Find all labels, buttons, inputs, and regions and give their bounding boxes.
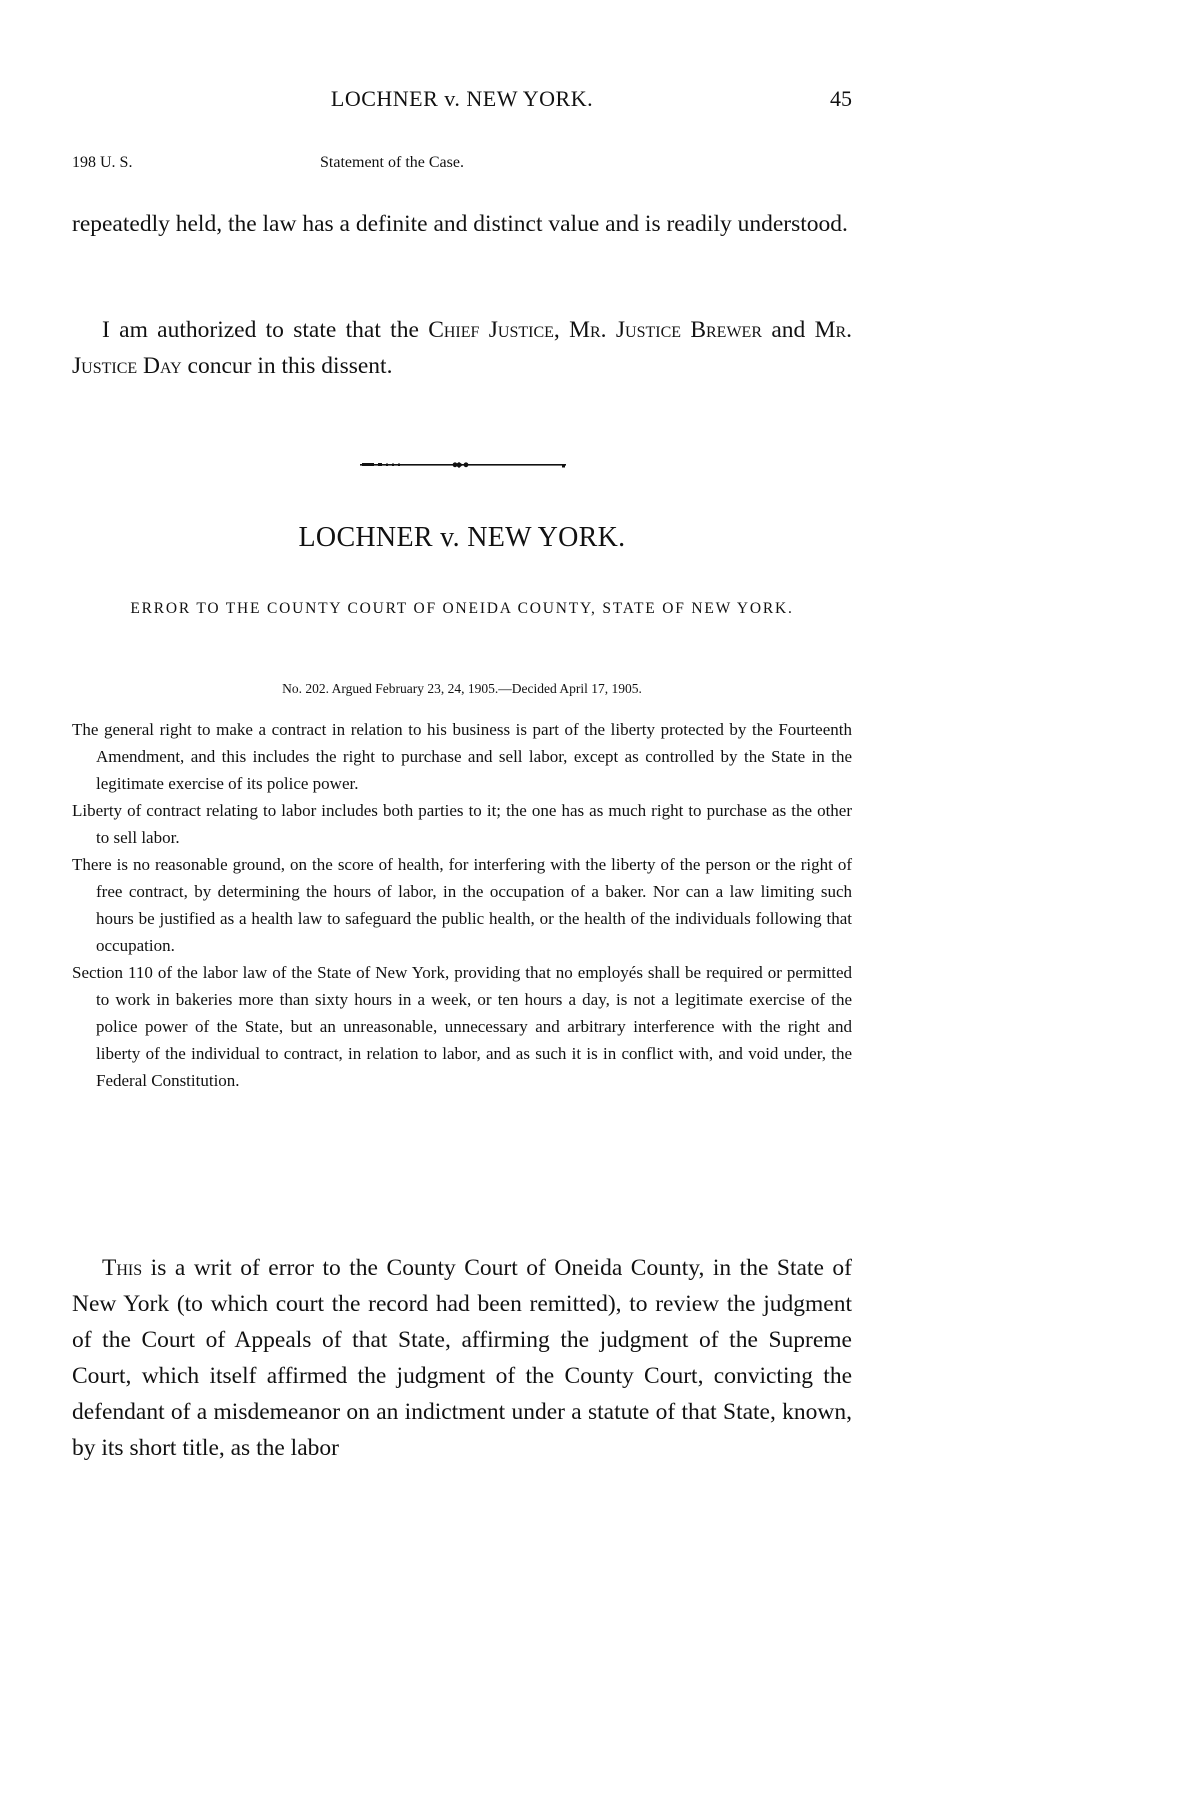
continuation-paragraph: repeatedly held, the law has a definite … xyxy=(72,206,852,242)
syllabus: The general right to make a contract in … xyxy=(72,716,852,1094)
chief-justice: Chief Justice xyxy=(428,317,554,343)
statement-lead: This xyxy=(102,1255,142,1281)
headnote: The general right to make a contract in … xyxy=(72,716,852,797)
concurrence-prefix: I am authorized to state that the xyxy=(102,317,428,343)
headnote: Section 110 of the labor law of the Stat… xyxy=(72,959,852,1094)
concurrence-paragraph: I am authorized to state that the Chief … xyxy=(72,312,852,384)
page-number: 45 xyxy=(800,86,852,112)
headnote: Liberty of contract relating to labor in… xyxy=(72,797,852,851)
justice-brewer: Mr. Justice Brewer xyxy=(569,317,762,343)
headnote: There is no reasonable ground, on the sc… xyxy=(72,851,852,959)
concurrence-sep: , xyxy=(554,317,569,343)
statement-text: is a writ of error to the County Court o… xyxy=(72,1255,852,1461)
statement-paragraph: This is a writ of error to the County Co… xyxy=(72,1250,852,1466)
document-page: LOCHNER v. NEW YORK. 45 198 U. S. Statem… xyxy=(0,0,1200,1805)
decorative-rule-icon xyxy=(360,454,566,462)
concurrence-and: and xyxy=(762,317,815,343)
docket-info: No. 202. Argued February 23, 24, 1905.—D… xyxy=(72,680,852,698)
running-title: LOCHNER v. NEW YORK. xyxy=(72,86,852,112)
section-label: Statement of the Case. xyxy=(72,153,712,173)
concurrence-suffix: concur in this dissent. xyxy=(182,353,393,379)
error-to-court: ERROR TO THE COUNTY COURT OF ONEIDA COUN… xyxy=(72,590,852,627)
case-title: LOCHNER v. NEW YORK. xyxy=(72,522,852,554)
